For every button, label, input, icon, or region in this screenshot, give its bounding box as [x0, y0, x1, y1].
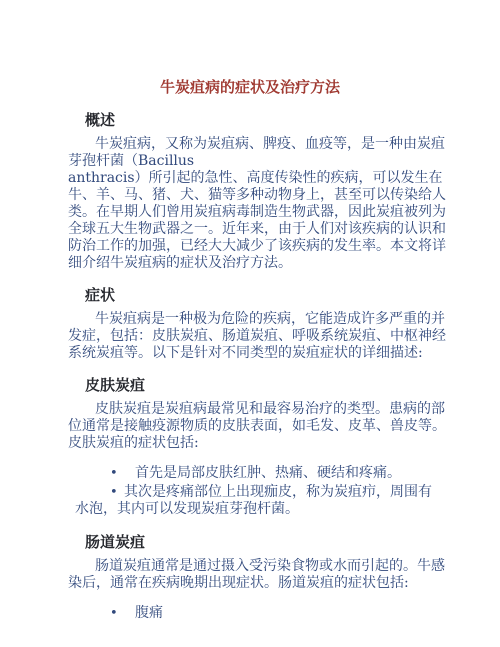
bullet-line: • 首先是局部皮肤红肿、热痛、硬结和疼痛。: [68, 465, 432, 483]
text-line: 细介绍牛炭疽病的症状及治疗方法。: [68, 255, 432, 272]
section-intestinal-anthrax: 肠道炭疽 肠道炭疽通常是通过摄入受污染食物或水而引起的。牛感 染后，通常在疾病晚…: [68, 533, 432, 623]
document-page: 牛炭疽病的症状及治疗方法 概述 牛炭疽病，又称为炭疽病、脾疫、血疫等，是一种由炭…: [0, 0, 500, 647]
bullet-text: 腹痛: [135, 605, 163, 623]
text-line: anthracis）所引起的急性、高度传染性的疾病，可以发生在: [68, 170, 432, 187]
intestinal-anthrax-bullet-list: • 腹痛: [68, 605, 432, 623]
text-line: 牛炭疽病，又称为炭疽病、脾疫、血疫等，是一种由炭疽: [68, 136, 432, 153]
bullet-text: 其次是疼痛部位上出现痂皮，称为炭疽疖，周围有: [124, 484, 432, 502]
bullet-item: • 首先是局部皮肤红肿、热痛、硬结和疼痛。: [68, 465, 432, 483]
text-line: 肠道炭疽通常是通过摄入受污染食物或水而引起的。牛感: [68, 558, 432, 575]
section-overview: 概述 牛炭疽病，又称为炭疽病、脾疫、血疫等，是一种由炭疽 芽孢杆菌（Bacill…: [68, 111, 432, 272]
text-line: 牛炭疽病是一种极为危险的疾病，它能造成许多严重的并: [68, 311, 432, 328]
heading-overview: 概述: [68, 111, 432, 130]
heading-intestinal-anthrax: 肠道炭疽: [68, 533, 432, 552]
bullet-line: • 腹痛: [68, 605, 432, 623]
section-skin-anthrax: 皮肤炭疽 皮肤炭疽是炭疽病最常见和最容易治疗的类型。患病的部 位通常是接触疫源物…: [68, 376, 432, 519]
text-line: 发症，包括：皮肤炭疽、肠道炭疽、呼吸系统炭疽、中枢神经: [68, 328, 432, 345]
text-line: 皮肤炭疽的症状包括:: [68, 435, 432, 452]
text-line: 类。在早期人们曾用炭疽病毒制造生物武器，因此炭疽被列为: [68, 204, 432, 221]
heading-skin-anthrax: 皮肤炭疽: [68, 376, 432, 395]
text-line: 系统炭疽等。以下是针对不同类型的炭疽症状的详细描述:: [68, 345, 432, 362]
text-line: 染后，通常在疾病晚期出现症状。肠道炭疽的症状包括:: [68, 575, 432, 592]
text-line: 位通常是接触疫源物质的皮肤表面，如毛发、皮革、兽皮等。: [68, 418, 432, 435]
document-content: 牛炭疽病的症状及治疗方法 概述 牛炭疽病，又称为炭疽病、脾疫、血疫等，是一种由炭…: [0, 0, 500, 622]
text-line: 防治工作的加强，已经大大减少了该疾病的发生率。本文将详: [68, 238, 432, 255]
bullet-icon: •: [110, 484, 124, 502]
bullet-item: • 腹痛: [68, 605, 432, 623]
skin-anthrax-bullet-list: • 首先是局部皮肤红肿、热痛、硬结和疼痛。 • 其次是疼痛部位上出现痂皮，称为炭…: [68, 465, 432, 519]
bullet-icon: •: [110, 605, 135, 623]
heading-symptoms: 症状: [68, 286, 432, 305]
document-title: 牛炭疽病的症状及治疗方法: [68, 78, 432, 97]
text-line: 芽孢杆菌（Bacillus: [68, 153, 432, 170]
bullet-text: 首先是局部皮肤红肿、热痛、硬结和疼痛。: [135, 465, 401, 483]
skin-anthrax-paragraph: 皮肤炭疽是炭疽病最常见和最容易治疗的类型。患病的部 位通常是接触疫源物质的皮肤表…: [68, 401, 432, 452]
text-line: 牛、羊、马、猪、犬、猫等多种动物身上，甚至可以传染给人: [68, 187, 432, 204]
text-line: 皮肤炭疽是炭疽病最常见和最容易治疗的类型。患病的部: [68, 401, 432, 418]
text-line: 全球五大生物武器之一。近年来，由于人们对该疾病的认识和: [68, 221, 432, 238]
intestinal-anthrax-paragraph: 肠道炭疽通常是通过摄入受污染食物或水而引起的。牛感 染后，通常在疾病晚期出现症状…: [68, 558, 432, 592]
symptoms-paragraph: 牛炭疽病是一种极为危险的疾病，它能造成许多严重的并 发症，包括：皮肤炭疽、肠道炭…: [68, 311, 432, 362]
overview-paragraph: 牛炭疽病，又称为炭疽病、脾疫、血疫等，是一种由炭疽 芽孢杆菌（Bacillus …: [68, 136, 432, 272]
section-symptoms: 症状 牛炭疽病是一种极为危险的疾病，它能造成许多严重的并 发症，包括：皮肤炭疽、…: [68, 286, 432, 362]
bullet-item: • 其次是疼痛部位上出现痂皮，称为炭疽疖，周围有 水泡，其内可以发现炭疽芽孢杆菌…: [68, 484, 432, 519]
bullet-icon: •: [110, 465, 135, 483]
bullet-line: • 其次是疼痛部位上出现痂皮，称为炭疽疖，周围有: [68, 484, 432, 502]
bullet-text-continuation: 水泡，其内可以发现炭疽芽孢杆菌。: [68, 501, 432, 519]
